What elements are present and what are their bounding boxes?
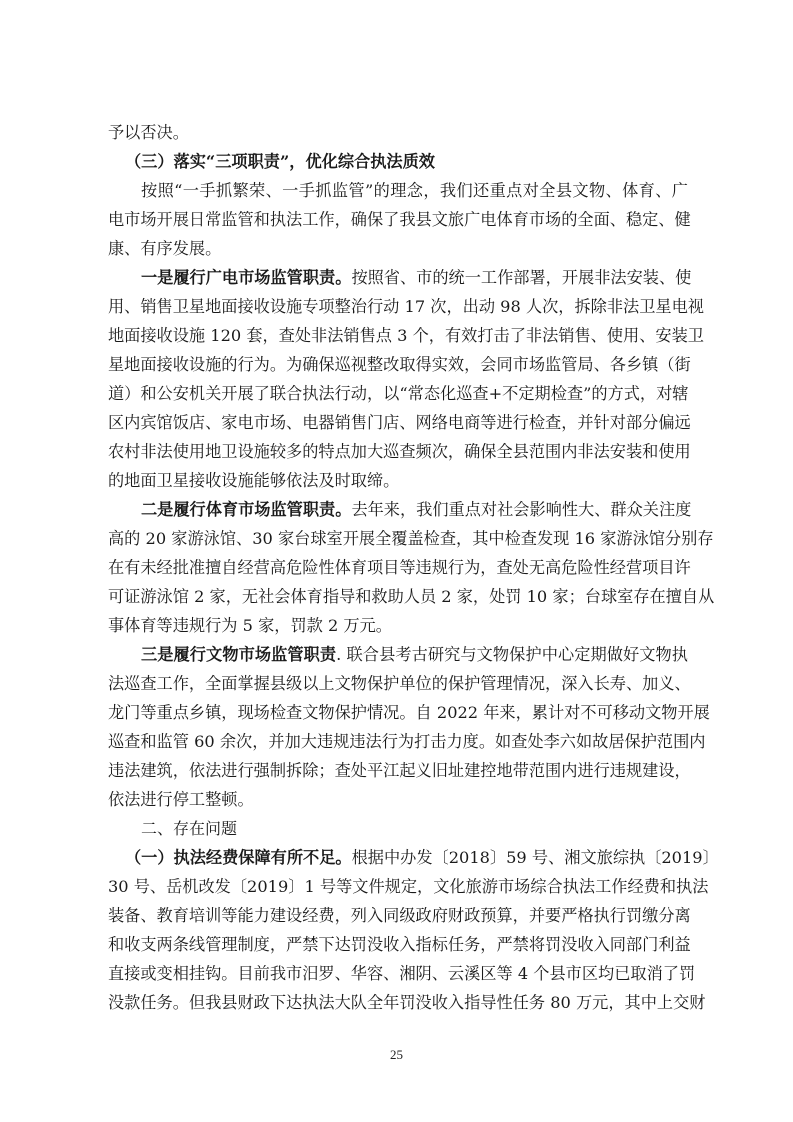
paragraph-line: 违法建筑，依法进行强制拆除；查处平江起义旧址建控地带范围内进行违规建设， [108, 756, 688, 785]
paragraph-line: 高的 20 家游泳馆、30 家台球室开展全覆盖检查，其中检查发现 16 家游泳馆… [108, 524, 688, 553]
paragraph-lead-relics: 三是履行文物市场监管职责 [141, 645, 336, 664]
paragraph-line: 直接或变相挂钩。目前我市汨罗、华容、湘阴、云溪区等 4 个县市区均已取消了罚 [108, 959, 688, 988]
paragraph-line: 区内宾馆饭店、家电市场、电器销售门店、网络电商等进行检查，并针对部分偏远 [108, 408, 688, 437]
page-number: 25 [0, 1047, 793, 1063]
paragraph-line: 按照“一手抓繁荣、一手抓监管”的理念，我们还重点对全县文物、体育、广 [108, 176, 688, 205]
paragraph-line: 一是履行广电市场监管职责。按照省、市的统一工作部署，开展非法安装、使 [108, 263, 688, 292]
paragraph-line: 康、有序发展。 [108, 234, 688, 263]
section-heading-three: （三）落实“三项职责”，优化综合执法质效 [108, 147, 688, 176]
paragraph-line: （一）执法经费保障有所不足。根据中办发〔2018〕59 号、湘文旅综执〔2019… [108, 843, 688, 872]
paragraph-line: 龙门等重点乡镇，现场检查文物保护情况。自 2022 年来，累计对不可移动文物开展 [108, 698, 688, 727]
paragraph-line: 在有未经批准擅自经营高危险性体育项目等违规行为，查处无高危险性经营项目许 [108, 553, 688, 582]
paragraph-line: 用、销售卫星地面接收设施专项整治行动 17 次，出动 98 人次，拆除非法卫星电… [108, 292, 688, 321]
paragraph-line: 予以否决。 [108, 118, 688, 147]
paragraph-lead-sports: 二是履行体育市场监管职责。 [141, 500, 351, 519]
paragraph-line: 的地面卫星接收设施能够依法及时取缔。 [108, 466, 688, 495]
paragraph-line: 农村非法使用地卫设施较多的特点加大巡查频次，确保全县范围内非法安装和使用 [108, 437, 688, 466]
paragraph-line: 巡查和监管 60 余次，并加大违规违法行为打击力度。如查处李六如故居保护范围内 [108, 727, 688, 756]
paragraph-line: 道）和公安机关开展了联合执法行动，以“常态化巡查+不定期检查”的方式，对辖 [108, 379, 688, 408]
paragraph-line: 三是履行文物市场监管职责. 联合县考古研究与文物保护中心定期做好文物执 [108, 640, 688, 669]
paragraph-line: 事体育等违规行为 5 家，罚款 2 万元。 [108, 611, 688, 640]
paragraph-line: 依法进行停工整顿。 [108, 785, 688, 814]
paragraph-line: 地面接收设施 120 套，查处非法销售点 3 个，有效打击了非法销售、使用、安装… [108, 321, 688, 350]
paragraph-line: 可证游泳馆 2 家，无社会体育指导和救助人员 2 家，处罚 10 家；台球室存在… [108, 582, 688, 611]
paragraph-line: 星地面接收设施的行为。为确保巡视整改取得实效，会同市场监管局、各乡镇（街 [108, 350, 688, 379]
paragraph-line: 装备、教育培训等能力建设经费，列入同级政府财政预算，并要严格执行罚缴分离 [108, 901, 688, 930]
paragraph-line: 二是履行体育市场监管职责。去年来，我们重点对社会影响性大、群众关注度 [108, 495, 688, 524]
paragraph-line: 30 号、岳机改发〔2019〕1 号等文件规定，文化旅游市场综合执法工作经费和执… [108, 872, 688, 901]
paragraph-line: 没款任务。但我县财政下达执法大队全年罚没收入指导性任务 80 万元，其中上交财 [108, 988, 688, 1017]
paragraph-lead-funding: （一）执法经费保障有所不足。 [125, 848, 352, 867]
paragraph-line: 电市场开展日常监管和执法工作，确保了我县文旅广电体育市场的全面、稳定、健 [108, 205, 688, 234]
section-heading-problems: 二、存在问题 [108, 814, 688, 843]
paragraph-line: 法巡查工作，全面掌握县级以上文物保护单位的保护管理情况，深入长寿、加义、 [108, 669, 688, 698]
paragraph-line: 和收支两条线管理制度，严禁下达罚没收入指标任务，严禁将罚没收入同部门利益 [108, 930, 688, 959]
paragraph-lead-broadcast: 一是履行广电市场监管职责。 [141, 268, 351, 287]
document-body: 予以否决。 （三）落实“三项职责”，优化综合执法质效 按照“一手抓繁荣、一手抓监… [108, 118, 688, 1017]
